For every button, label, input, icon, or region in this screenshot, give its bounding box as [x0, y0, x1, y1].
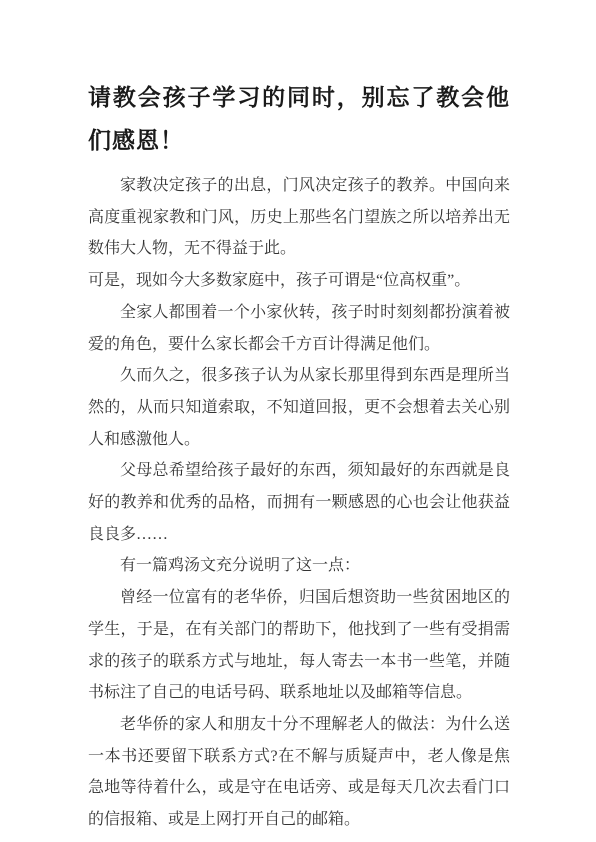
paragraph: 可是，现如今大多数家庭中，孩子可谓是“位高权重”。 — [88, 265, 510, 297]
article-title: 请教会孩子学习的同时，别忘了教会他们感恩！ — [88, 76, 510, 162]
paragraph: 父母总希望给孩子最好的东西，须知最好的东西就是良好的教养和优秀的品格，而拥有一颗… — [88, 455, 510, 550]
paragraph: 家教决定孩子的出息，门风决定孩子的教养。中国向来高度重视家教和门风，历史上那些名… — [88, 170, 510, 265]
article-content: 请教会孩子学习的同时，别忘了教会他们感恩！ 家教决定孩子的出息，门风决定孩子的教… — [88, 76, 510, 836]
paragraph: 曾经一位富有的老华侨，归国后想资助一些贫困地区的学生，于是，在有关部门的帮助下，… — [88, 582, 510, 709]
paragraph: 久而久之，很多孩子认为从家长那里得到东西是理所当然的，从而只知道索取，不知道回报… — [88, 360, 510, 455]
paragraph: 老华侨的家人和朋友十分不理解老人的做法：为什么送一本书还要留下联系方式?在不解与… — [88, 709, 510, 836]
article-body: 家教决定孩子的出息，门风决定孩子的教养。中国向来高度重视家教和门风，历史上那些名… — [88, 170, 510, 836]
paragraph: 全家人都围着一个小家伙转，孩子时时刻刻都扮演着被爱的角色，要什么家长都会千方百计… — [88, 297, 510, 360]
document-page: 请教会孩子学习的同时，别忘了教会他们感恩！ 家教决定孩子的出息，门风决定孩子的教… — [0, 0, 596, 842]
paragraph: 有一篇鸡汤文充分说明了这一点： — [88, 550, 510, 582]
